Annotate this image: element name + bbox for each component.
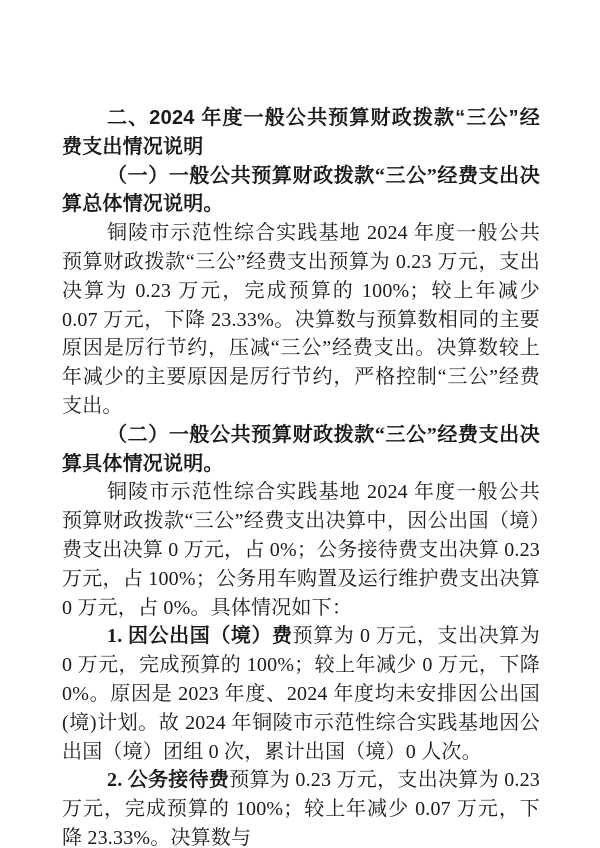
item-2-lead: 2. 公务接待费 [107, 769, 229, 791]
paragraph-item-1: 1. 因公出国（境）费预算为 0 万元，支出决算为 0 万元，完成预算的 100… [62, 622, 540, 766]
paragraph-overall-summary: 铜陵市示范性综合实践基地 2024 年度一般公共预算财政拨款“三公”经费支出预算… [62, 219, 540, 421]
paragraph-detail-summary: 铜陵市示范性综合实践基地 2024 年度一般公共预算财政拨款“三公”经费支出决算… [62, 478, 540, 622]
subsection-heading-1: （一）一般公共预算财政拨款“三公”经费支出决算总体情况说明。 [62, 162, 540, 220]
item-1-lead: 1. 因公出国（境）费 [107, 625, 293, 647]
paragraph-item-2: 2. 公务接待费预算为 0.23 万元，支出决算为 0.23 万元，完成预算的 … [62, 766, 540, 848]
subsection-heading-2: （二）一般公共预算财政拨款“三公”经费支出决算具体情况说明。 [62, 421, 540, 479]
document-page: 二、2024 年度一般公共预算财政拨款“三公”经费支出情况说明 （一）一般公共预… [0, 0, 600, 848]
section-heading: 二、2024 年度一般公共预算财政拨款“三公”经费支出情况说明 [62, 104, 540, 162]
